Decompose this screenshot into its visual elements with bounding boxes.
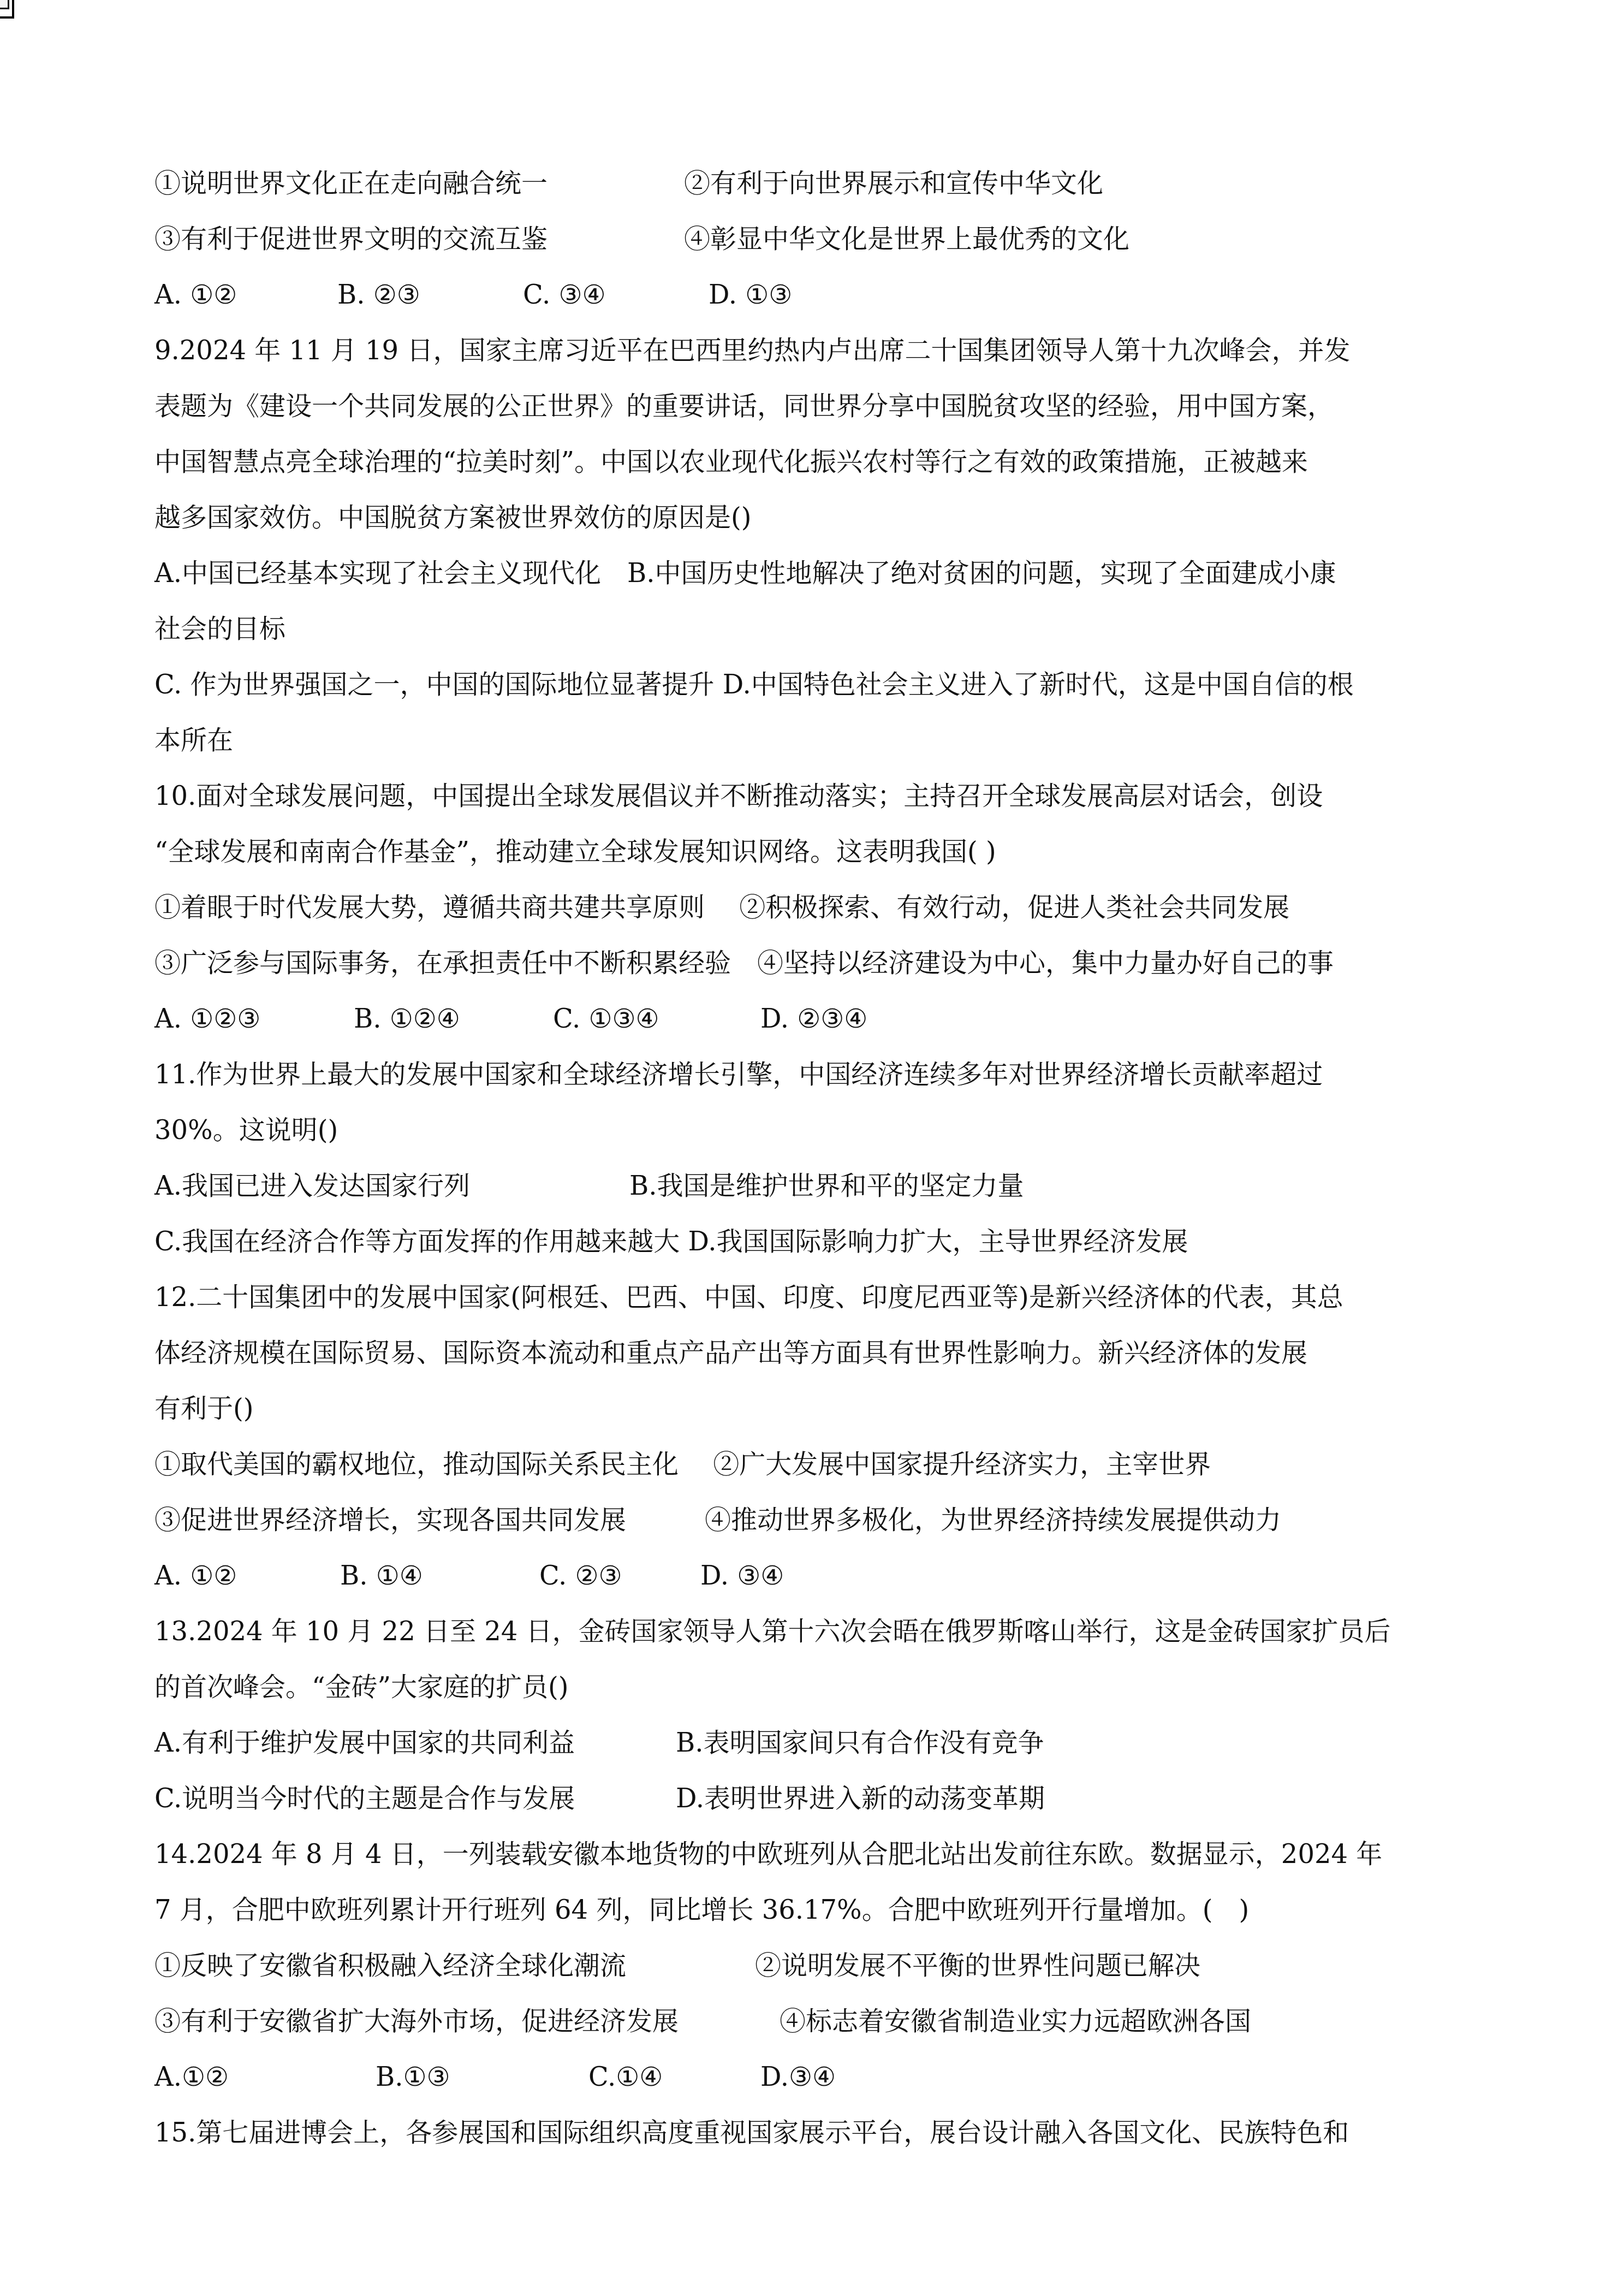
q11-choice-b: B.我国是维护世界和平的坚定力量 (629, 1158, 1024, 1214)
q13-choice-b: B.表明国家间只有合作没有竞争 (676, 1715, 1044, 1771)
q13-choices-row-1: A.有利于维护发展中国家的共同利益 B.表明国家间只有合作没有竞争 (154, 1715, 1486, 1771)
q8-choice-d: D. ①③ (709, 267, 792, 323)
q12-choice-d: D. ③④ (700, 1548, 784, 1604)
q12-choice-c: C. ②③ (539, 1548, 622, 1604)
q12-choices: A. ①② B. ①④ C. ②③ D. ③④ (154, 1548, 1486, 1604)
q10-choices: A. ①②③ B. ①②④ C. ①③④ D. ②③④ (154, 991, 1486, 1047)
q12-stem-line-2: 体经济规模在国际贸易、国际资本流动和重点产品产出等方面具有世界性影响力。新兴经济… (154, 1325, 1486, 1381)
q10-choice-b: B. ①②④ (354, 991, 460, 1047)
q9-choices-line-1: A.中国已经基本实现了社会主义现代化 B.中国历史性地解决了绝对贫困的问题，实现… (154, 545, 1486, 601)
q14-option-4: ④标志着安徽省制造业实力远超欧洲各国 (780, 1994, 1251, 2049)
q8-choice-a: A. ①② (154, 267, 237, 323)
page-corner-marker-inner (0, 0, 9, 9)
q12-options-line-2: ③促进世界经济增长，实现各国共同发展 ④推动世界多极化，为世界经济持续发展提供动… (154, 1492, 1486, 1548)
q12-stem-line-1: 12.二十国集团中的发展中国家(阿根廷、巴西、中国、印度、印度尼西亚等)是新兴经… (154, 1269, 1486, 1325)
q13-choice-c: C.说明当今时代的主题是合作与发展 (154, 1771, 575, 1826)
q14-stem-line-2: 7 月，合肥中欧班列累计开行班列 64 列，同比增长 36.17%。合肥中欧班列… (154, 1882, 1486, 1938)
q11-choice-a: A.我国已进入发达国家行列 (154, 1158, 470, 1214)
q8-choice-c: C. ③④ (523, 267, 606, 323)
q12-choice-b: B. ①④ (340, 1548, 423, 1604)
q13-choice-d: D.表明世界进入新的动荡变革期 (676, 1771, 1045, 1826)
q9-choices-line-3: C. 作为世界强国之一，中国的国际地位显著提升 D.中国特色社会主义进入了新时代… (154, 657, 1486, 713)
q8-choices: A. ①② B. ②③ C. ③④ D. ①③ (154, 267, 1486, 323)
q13-stem-line-2: 的首次峰会。“金砖”大家庭的扩员() (154, 1659, 1486, 1715)
q13-stem-line-1: 13.2024 年 10 月 22 日至 24 日，金砖国家领导人第十六次会晤在… (154, 1604, 1486, 1659)
q14-options-row-1: ①反映了安徽省积极融入经济全球化潮流 ②说明发展不平衡的世界性问题已解决 (154, 1938, 1486, 1994)
q9-choices-line-2: 社会的目标 (154, 601, 1486, 657)
q10-stem-line-1: 10.面对全球发展问题，中国提出全球发展倡议并不断推动落实；主持召开全球发展高层… (154, 768, 1486, 824)
q14-choice-d: D.③④ (760, 2049, 836, 2105)
q12-choice-a: A. ①② (154, 1548, 237, 1604)
q9-stem-line-1: 9.2024 年 11 月 19 日，国家主席习近平在巴西里约热内卢出席二十国集… (154, 323, 1486, 378)
q8-option-2: ②有利于向世界展示和宣传中华文化 (684, 156, 1103, 211)
q10-stem-line-2: “全球发展和南南合作基金”，推动建立全球发展知识网络。这表明我国( ) (154, 824, 1486, 880)
q14-choices: A.①② B.①③ C.①④ D.③④ (154, 2049, 1486, 2105)
q12-stem-line-3: 有利于() (154, 1381, 1486, 1437)
q9-stem-line-3: 中国智慧点亮全球治理的“拉美时刻”。中国以农业现代化振兴农村等行之有效的政策措施… (154, 434, 1486, 490)
q8-options-row-1: ①说明世界文化正在走向融合统一 ②有利于向世界展示和宣传中华文化 (154, 156, 1486, 211)
q11-stem-line-1: 11.作为世界上最大的发展中国家和全球经济增长引擎，中国经济连续多年对世界经济增… (154, 1047, 1486, 1102)
q13-choices-row-2: C.说明当今时代的主题是合作与发展 D.表明世界进入新的动荡变革期 (154, 1771, 1486, 1826)
q10-choice-a: A. ①②③ (154, 991, 260, 1047)
q9-stem-line-2: 表题为《建设一个共同发展的公正世界》的重要讲话，同世界分享中国脱贫攻坚的经验，用… (154, 378, 1486, 434)
q11-stem-line-2: 30%。这说明() (154, 1102, 1486, 1158)
q14-choice-a: A.①② (154, 2049, 229, 2105)
q9-stem-line-4: 越多国家效仿。中国脱贫方案被世界效仿的原因是() (154, 490, 1486, 545)
q14-options-row-2: ③有利于安徽省扩大海外市场，促进经济发展 ④标志着安徽省制造业实力远超欧洲各国 (154, 1994, 1486, 2049)
q14-option-3: ③有利于安徽省扩大海外市场，促进经济发展 (154, 1994, 679, 2049)
q11-choices-row-1: A.我国已进入发达国家行列 B.我国是维护世界和平的坚定力量 (154, 1158, 1486, 1214)
q8-option-1: ①说明世界文化正在走向融合统一 (154, 156, 548, 211)
q8-option-4: ④彰显中华文化是世界上最优秀的文化 (684, 211, 1129, 267)
q13-choice-a: A.有利于维护发展中国家的共同利益 (154, 1715, 575, 1771)
q14-option-2: ②说明发展不平衡的世界性问题已解决 (755, 1938, 1200, 1994)
q12-options-line-1: ①取代美国的霸权地位，推动国际关系民主化 ②广大发展中国家提升经济实力，主宰世界 (154, 1437, 1486, 1492)
q10-options-line-2: ③广泛参与国际事务，在承担责任中不断积累经验 ④坚持以经济建设为中心，集中力量办… (154, 935, 1486, 991)
q9-choices-line-4: 本所在 (154, 713, 1486, 768)
q14-choice-c: C.①④ (588, 2049, 663, 2105)
q10-options-line-1: ①着眼于时代发展大势，遵循共商共建共享原则 ②积极探索、有效行动，促进人类社会共… (154, 880, 1486, 935)
q10-choice-c: C. ①③④ (553, 991, 659, 1047)
q15-stem-line-1: 15.第七届进博会上，各参展国和国际组织高度重视国家展示平台，展台设计融入各国文… (154, 2105, 1486, 2161)
page-corner-marker (0, 0, 14, 19)
q14-option-1: ①反映了安徽省积极融入经济全球化潮流 (154, 1938, 626, 1994)
q14-choice-b: B.①③ (376, 2049, 450, 2105)
q8-options-row-2: ③有利于促进世界文明的交流互鉴 ④彰显中华文化是世界上最优秀的文化 (154, 211, 1486, 267)
q8-option-3: ③有利于促进世界文明的交流互鉴 (154, 211, 548, 267)
exam-page: ①说明世界文化正在走向融合统一 ②有利于向世界展示和宣传中华文化 ③有利于促进世… (154, 156, 1486, 2161)
q14-stem-line-1: 14.2024 年 8 月 4 日，一列装载安徽本地货物的中欧班列从合肥北站出发… (154, 1826, 1486, 1882)
q11-choices-row-2: C.我国在经济合作等方面发挥的作用越来越大 D.我国国际影响力扩大，主导世界经济… (154, 1214, 1486, 1269)
q10-choice-d: D. ②③④ (760, 991, 867, 1047)
q8-choice-b: B. ②③ (337, 267, 420, 323)
